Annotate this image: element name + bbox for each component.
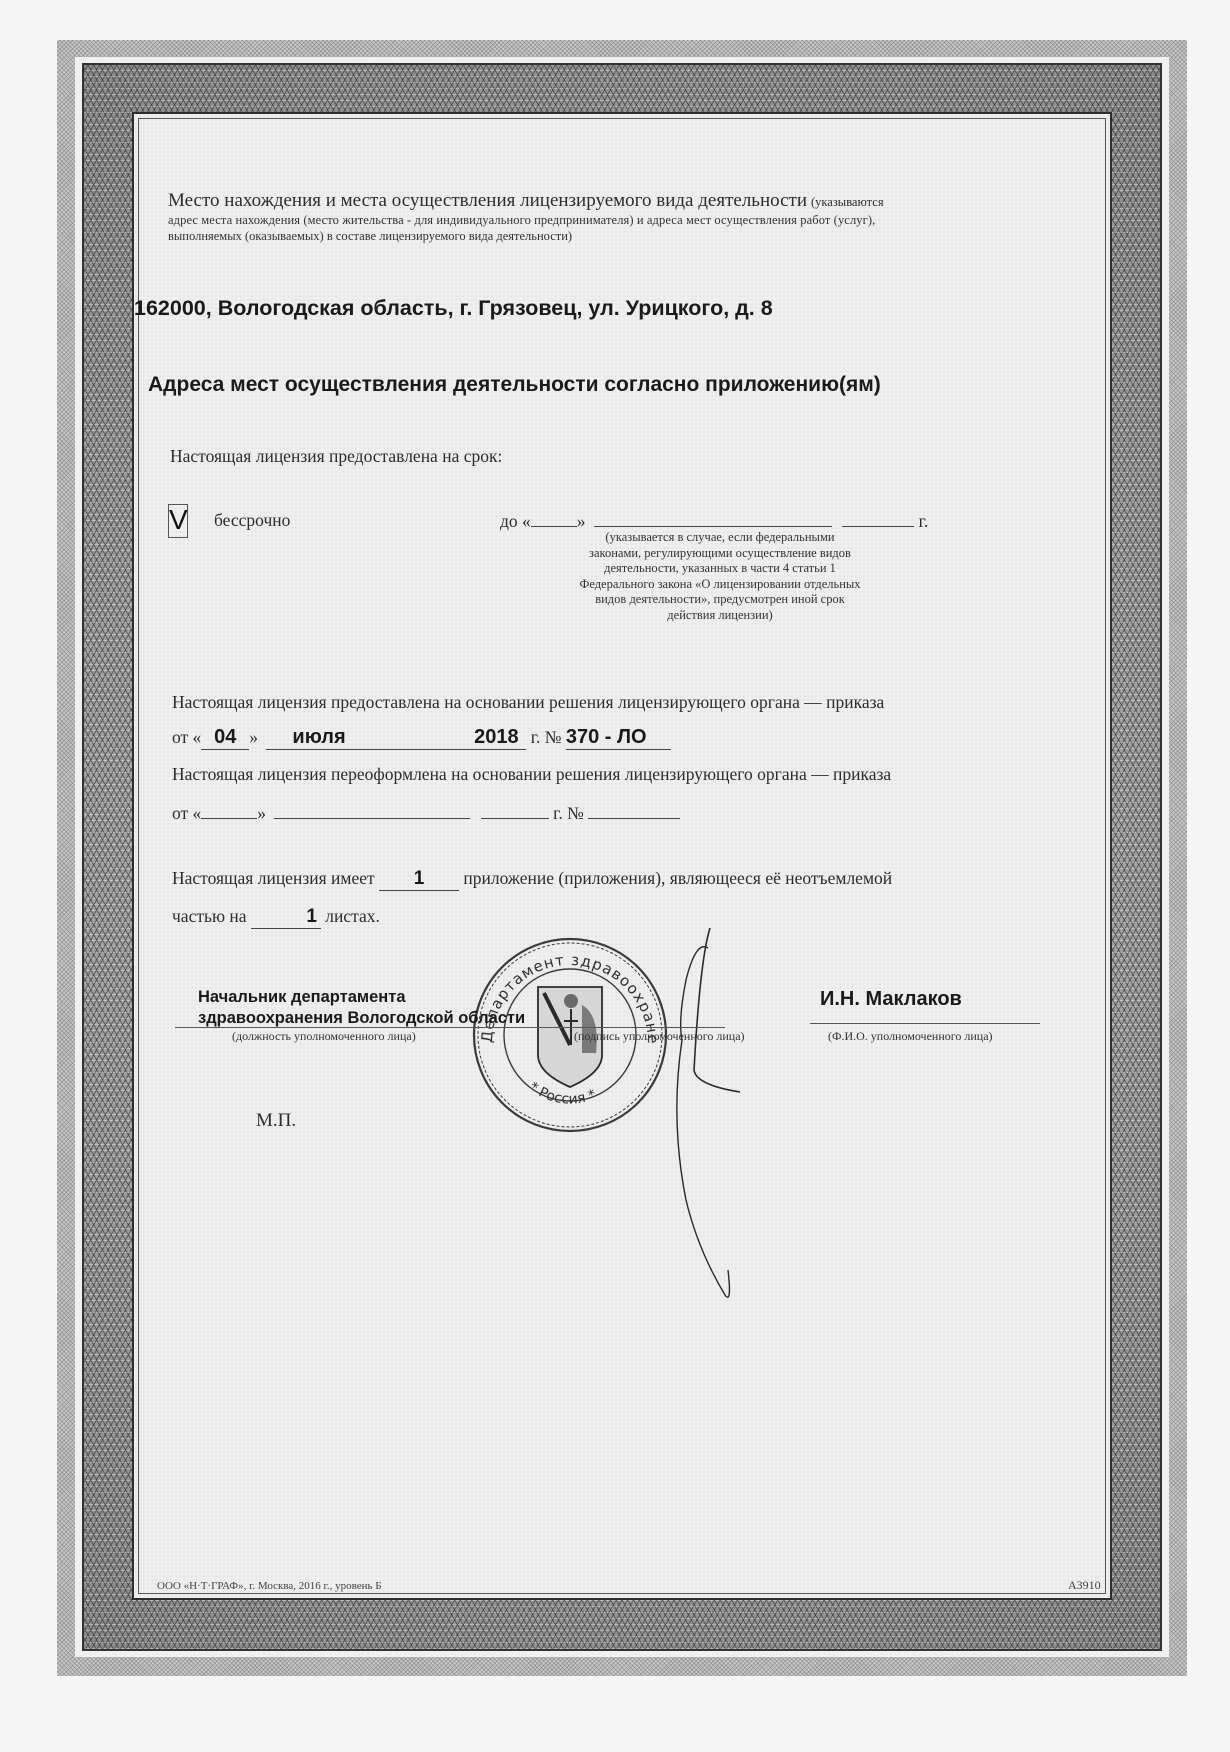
basis-day: 04: [201, 726, 249, 750]
term-until-row: до «» г.: [500, 508, 928, 532]
reissue-text: Настоящая лицензия переоформлена на осно…: [172, 764, 891, 785]
position-caption: (должность уполномоченного лица): [232, 1029, 416, 1044]
document-body: [132, 112, 1112, 1600]
perpetual-checkbox[interactable]: V: [168, 504, 188, 538]
signatory-name: И.Н. Маклаков: [820, 988, 962, 1011]
printer-imprint: ООО «Н·Т·ГРАФ», г. Москва, 2016 г., уров…: [157, 1580, 382, 1592]
basis-year: 2018: [466, 726, 526, 750]
annex-sheets-row: частью на 1 листах.: [172, 906, 380, 929]
signatory-position: Начальник департамента здравоохранения В…: [198, 987, 525, 1029]
position-rule: [175, 1027, 725, 1028]
term-note: (указывается в случае, если федеральными…: [560, 530, 880, 623]
basis-order-row: от «04» июля2018 г. № 370 - ЛО: [172, 726, 671, 750]
until-month-field[interactable]: [594, 508, 832, 527]
location-note-line3: выполняемых (оказываемых) в составе лице…: [168, 229, 943, 244]
annex-sheets-count: 1: [251, 906, 321, 929]
annex-count: 1: [379, 868, 459, 891]
reissue-year-field[interactable]: [481, 800, 549, 819]
name-rule: [810, 1023, 1040, 1024]
handwritten-signature: [630, 920, 760, 1310]
name-caption: (Ф.И.О. уполномоченного лица): [828, 1029, 993, 1044]
basis-order-number: 370 - ЛО: [566, 726, 671, 750]
form-code: А3910: [1068, 1578, 1101, 1593]
term-heading: Настоящая лицензия предоставлена на срок…: [170, 446, 502, 467]
until-day-field[interactable]: [531, 508, 577, 527]
reissue-order-row: от «» г. №: [172, 800, 680, 824]
activity-addresses-annex: Адреса мест осуществления деятельности с…: [148, 373, 881, 397]
basis-month: июля: [266, 726, 466, 750]
annex-row: Настоящая лицензия имеет 1 приложение (п…: [172, 868, 892, 891]
stamp-place-label: М.П.: [256, 1110, 296, 1132]
licensee-address: 162000, Вологодская область, г. Грязовец…: [134, 296, 773, 321]
location-note: (указываются: [811, 195, 884, 209]
location-heading-block: Место нахождения и места осуществления л…: [168, 190, 943, 244]
signature-caption: (подпись уполномоченного лица): [574, 1029, 745, 1044]
perpetual-label: бессрочно: [214, 510, 290, 531]
reissue-month-field[interactable]: [274, 800, 470, 819]
basis-text: Настоящая лицензия предоставлена на осно…: [172, 692, 884, 713]
reissue-number-field[interactable]: [588, 800, 680, 819]
reissue-day-field[interactable]: [201, 800, 257, 819]
location-note-line2: адрес места нахождения (место жительства…: [168, 213, 943, 228]
location-heading: Место нахождения и места осуществления л…: [168, 190, 807, 211]
until-year-field[interactable]: [842, 508, 914, 527]
checkmark-icon: V: [169, 504, 188, 535]
